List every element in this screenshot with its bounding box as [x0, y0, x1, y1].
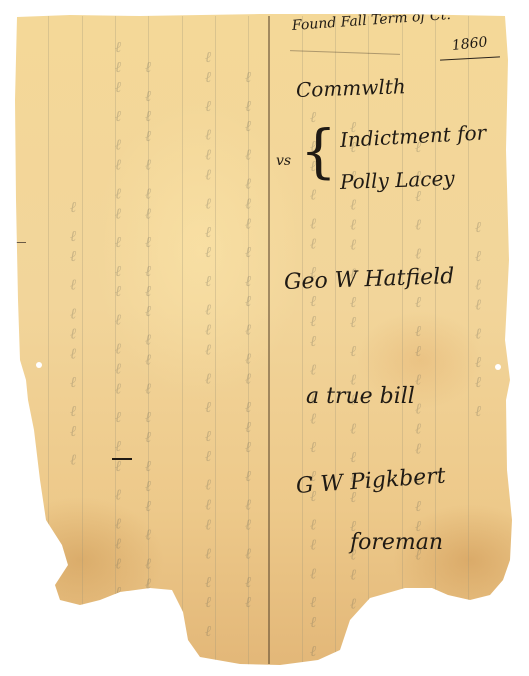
defendant-name: Geo W Hatfield	[284, 264, 455, 295]
commonwealth-label: Commwlth	[296, 74, 406, 102]
indictment-line-2: Polly Lacey	[340, 166, 455, 194]
ink-mark	[8, 242, 26, 243]
versus-mark: vs	[276, 153, 291, 169]
ruled-line	[182, 16, 183, 666]
bleed-through-writing: ℓ ℓℓ ℓ ℓℓℓ ℓ ℓℓ ℓ	[65, 200, 83, 473]
punch-hole	[495, 364, 501, 370]
bleed-through-writing: ℓ ℓℓ ℓ ℓℓℓ ℓ ℓℓ ℓ ℓℓ ℓℓℓ ℓ ℓℓ ℓ ℓℓ	[240, 70, 258, 615]
year-underline	[440, 56, 500, 60]
ink-mark	[112, 458, 132, 460]
year-label: 1860	[451, 34, 488, 54]
bleed-through-writing: ℓ ℓℓℓ ℓ ℓℓ ℓ ℓℓℓ ℓℓ ℓ ℓℓ ℓℓℓ ℓ ℓℓ	[140, 60, 158, 596]
curly-brace: {	[300, 122, 337, 180]
center-fold-line	[268, 16, 270, 664]
bleed-through-writing: ℓℓ ℓ ℓℓℓ ℓ ℓℓ ℓ ℓℓ ℓ ℓℓℓ ℓ ℓℓ ℓ ℓ	[345, 120, 363, 645]
ruled-line	[435, 16, 436, 666]
ruled-line	[402, 16, 403, 666]
bleed-through-writing: ℓℓ ℓ ℓℓℓ ℓ ℓℓ ℓ ℓℓℓ ℓ ℓ ℓℓ ℓℓℓ ℓ ℓℓ ℓ	[200, 50, 218, 644]
ruled-line	[302, 16, 303, 666]
ruled-line	[468, 16, 469, 666]
aged-paper-sheet: ℓℓℓ ℓ ℓℓ ℓℓ ℓ ℓℓ ℓ ℓℓℓ ℓ ℓℓ ℓ ℓℓℓ ℓ ℓ ℓℓ…	[0, 0, 529, 676]
foreman-title: foreman	[350, 530, 443, 555]
bleed-through-writing: ℓℓℓ ℓ ℓℓ ℓℓ ℓ ℓℓ ℓ ℓℓℓ ℓ ℓℓ ℓ ℓℓℓ ℓ	[110, 40, 128, 605]
header-stray-stroke	[290, 50, 400, 55]
bleed-through-writing: ℓ ℓ ℓℓ ℓ ℓℓ ℓ	[470, 220, 488, 424]
ruled-line	[335, 16, 336, 666]
court-term-label: Found Fall Term of Ct.	[291, 7, 451, 34]
bleed-through-writing: ℓ ℓℓ ℓ ℓℓ ℓ ℓℓ ℓ ℓℓℓ ℓ ℓℓ ℓ	[410, 140, 428, 568]
ruled-line	[368, 16, 369, 666]
verdict-text: a true bill	[306, 384, 415, 409]
punch-hole	[36, 362, 42, 368]
ruled-line	[48, 16, 49, 666]
